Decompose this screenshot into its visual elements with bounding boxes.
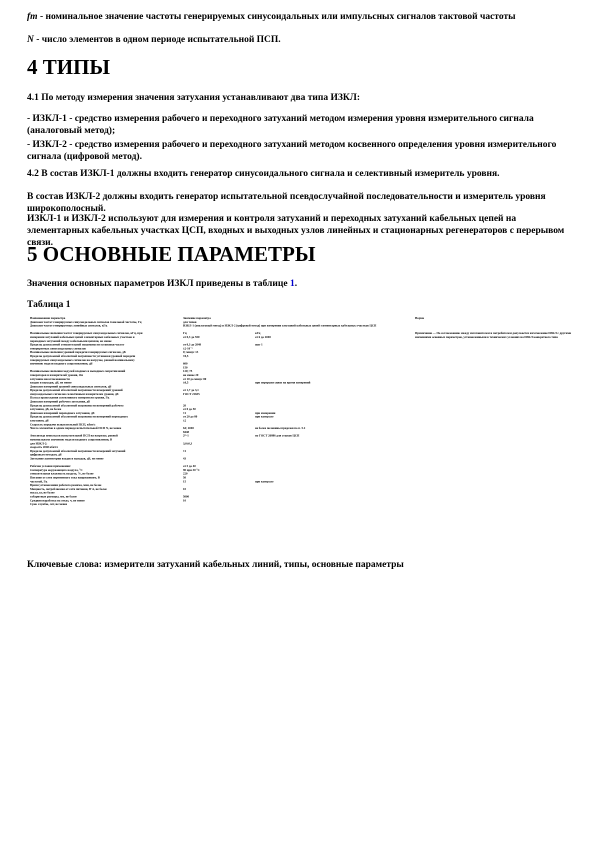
intro-text: Значения основных параметров ИЗКЛ привед… bbox=[27, 279, 290, 289]
paragraph-4-1: 4.1 По методу измерения значения затухан… bbox=[27, 92, 568, 104]
keywords-line: Ключевые слова: измерители затуханий каб… bbox=[27, 559, 568, 571]
keywords-text: измерители затуханий кабельных линий, ти… bbox=[102, 560, 404, 570]
table-column-subvalue: кГцот 6 до 2048 шаг 1 при перерыве связи… bbox=[255, 317, 445, 488]
table-caption: Таблица 1 bbox=[27, 299, 568, 311]
definition-ft: fт - номинальное значение частоты генери… bbox=[27, 11, 568, 23]
paragraph-table-intro: Значения основных параметров ИЗКЛ привед… bbox=[27, 278, 568, 290]
table-column-parameter: Наименование параметраДиапазон частот ге… bbox=[30, 317, 200, 507]
document-page: fт - номинальное значение частоты генери… bbox=[0, 0, 595, 842]
table-column-note: Норма Примечание — По согласованию между… bbox=[415, 317, 570, 340]
list-item-izkl-1: - ИЗКЛ-1 - средство измерения рабочего и… bbox=[27, 113, 568, 137]
paragraph-izkl2-composition: В состав ИЗКЛ-2 должны входить генератор… bbox=[27, 191, 568, 215]
list-item-izkl-2: - ИЗКЛ-2 - средство измерения рабочего и… bbox=[27, 139, 568, 163]
definition-n: N - число элементов в одном периоде испы… bbox=[27, 34, 568, 46]
definition-text: - номинальное значение частоты генерируе… bbox=[38, 12, 516, 22]
definition-term: N bbox=[27, 35, 34, 45]
definition-text: - число элементов в одном периоде испыта… bbox=[34, 35, 281, 45]
intro-text-end: . bbox=[295, 279, 297, 289]
paragraph-4-2: 4.2 В состав ИЗКЛ-1 должны входить генер… bbox=[27, 168, 568, 180]
keywords-label: Ключевые слова: bbox=[27, 560, 102, 570]
section-4-heading: 4 ТИПЫ bbox=[27, 56, 568, 78]
section-5-heading: 5 ОСНОВНЫЕ ПАРАМЕТРЫ bbox=[27, 243, 568, 265]
definition-term: fт bbox=[27, 12, 38, 22]
